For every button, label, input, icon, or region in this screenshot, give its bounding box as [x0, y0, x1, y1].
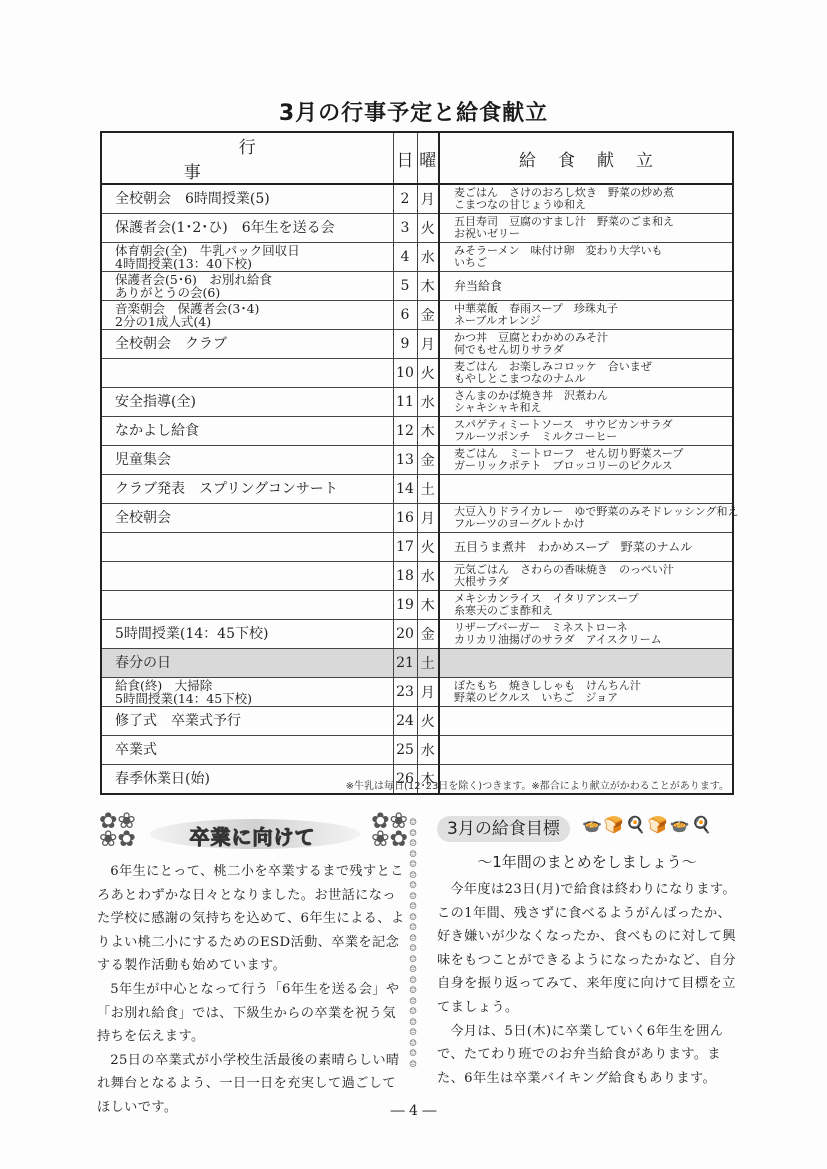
paragraph: 今月は、5日(木)に卒業していく6年生を囲んで、たてわり班でのお弁当給食がありま… [437, 1020, 742, 1091]
menu-cell [439, 649, 733, 678]
table-header-row: 行事 日 曜 給食献立 [101, 132, 733, 184]
menu-cell-line: ガーリックポテト ブロッコリーのピクルス [454, 460, 732, 472]
event-cell-line: 保護者会(1･2･ひ) 6年生を送る会 [115, 222, 393, 235]
table-row: 卒業式25水 [101, 736, 733, 765]
event-cell [101, 562, 393, 591]
event-cell-line: 2分の1成人式(4) [115, 315, 393, 328]
weekday-cell: 土 [417, 475, 439, 504]
day-cell: 25 [393, 736, 417, 765]
menu-cell: 五目寿司 豆腐のすまし汁 野菜のごま和えお祝いゼリー [439, 214, 733, 243]
event-cell-line: 春分の日 [115, 657, 393, 670]
footnote: ※牛乳は毎日(12･23日を除く)つきます。※都合により献立がかわることがありま… [346, 777, 729, 792]
table-row: 全校朝会 クラブ9月かつ丼 豆腐とわかめのみそ汁何でもせん切りサラダ [101, 330, 733, 359]
event-cell [101, 533, 393, 562]
table-row: 保護者会(1･2･ひ) 6年生を送る会3火五目寿司 豆腐のすまし汁 野菜のごま和… [101, 214, 733, 243]
menu-cell [439, 707, 733, 736]
menu-cell-line: みそラーメン 味付け卵 変わり大学いも [454, 245, 732, 257]
menu-cell-line: カリカリ油揚げのサラダ アイスクリーム [454, 634, 732, 646]
weekday-cell: 火 [417, 707, 439, 736]
day-cell: 20 [393, 620, 417, 649]
event-cell: 5時間授業(14：45下校) [101, 620, 393, 649]
menu-cell-line: 五目うま煮丼 わかめスープ 野菜のナムル [454, 541, 732, 553]
graduation-heading: ✿❀❀✿ ✿❀❀✿ 卒業に向けて [95, 811, 410, 859]
day-cell: 3 [393, 214, 417, 243]
event-cell: なかよし給食 [101, 417, 393, 446]
day-cell: 6 [393, 301, 417, 330]
event-cell-line: 児童集会 [115, 454, 393, 467]
table-row: クラブ発表 スプリングコンサート14土 [101, 475, 733, 504]
graduation-heading-label: 卒業に向けて [95, 821, 410, 850]
event-cell-line: 卒業式 [115, 744, 393, 757]
lunch-goal-subheading: ～1年間のまとめをしましょう～ [437, 851, 737, 872]
day-cell: 23 [393, 678, 417, 707]
event-cell-line: なかよし給食 [115, 425, 393, 438]
menu-cell-line: 何でもせん切りサラダ [454, 344, 732, 356]
table-row: 安全指導(全)11水さんまのかば焼き丼 沢煮わんシャキシャキ和え [101, 388, 733, 417]
menu-cell: みそラーメン 味付け卵 変わり大学いもいちご [439, 243, 733, 272]
smiley-face-divider-icon: ☺☺☹☺☺☹☺☺☹☺☺☹☺☺☹☺☺☹☺☺☹☺☺☹ [407, 818, 419, 1088]
event-cell-line: 修了式 卒業式予行 [115, 715, 393, 728]
menu-cell-line: フルーツポンチ ミルクコーヒー [454, 431, 732, 443]
event-cell [101, 359, 393, 388]
menu-cell-line: ネーブルオレンジ [454, 315, 732, 327]
menu-cell-line: もやしとこまつなのナムル [454, 373, 732, 385]
table-row: なかよし給食12木スパゲティミートソース サウビカンサラダフルーツポンチ ミルク… [101, 417, 733, 446]
event-cell: 児童集会 [101, 446, 393, 475]
paragraph: 6年生にとって、桃二小を卒業するまで残すところあとわずかな日々となりました。お世… [97, 860, 409, 978]
menu-cell: ぼたもち 焼きししゃも けんちん汁野菜のピクルス いちご ジョア [439, 678, 733, 707]
event-cell: 卒業式 [101, 736, 393, 765]
event-cell [101, 591, 393, 620]
menu-cell-line: いちご [454, 257, 732, 269]
menu-cell: 弁当給食 [439, 272, 733, 301]
header-day: 日 [393, 132, 417, 184]
event-cell: 給食(終) 大掃除5時間授業(14：45下校) [101, 678, 393, 707]
menu-cell: さんまのかば焼き丼 沢煮わんシャキシャキ和え [439, 388, 733, 417]
weekday-cell: 土 [417, 649, 439, 678]
event-cell-line: 安全指導(全) [115, 396, 393, 409]
food-icons: 🍲🍞🍳🍞🍲🍳 [582, 815, 714, 834]
event-cell: 春分の日 [101, 649, 393, 678]
day-cell: 19 [393, 591, 417, 620]
weekday-cell: 火 [417, 533, 439, 562]
weekday-cell: 木 [417, 591, 439, 620]
page-title: 3月の行事予定と給食献立 [0, 96, 827, 127]
day-cell: 4 [393, 243, 417, 272]
weekday-cell: 月 [417, 184, 439, 214]
menu-cell: 大豆入りドライカレー ゆで野菜のみそドレッシング和えフルーツのヨーグルトかけ [439, 504, 733, 533]
table-row: 17火五目うま煮丼 わかめスープ 野菜のナムル [101, 533, 733, 562]
event-cell: 保護者会(5･6) お別れ給食ありがとうの会(6) [101, 272, 393, 301]
event-cell: 安全指導(全) [101, 388, 393, 417]
event-cell-line: 全校朝会 [115, 512, 393, 525]
event-cell: 全校朝会 クラブ [101, 330, 393, 359]
table-row: 春分の日21土 [101, 649, 733, 678]
table-row: 18水元気ごはん さわらの香味焼き のっぺい汁大根サラダ [101, 562, 733, 591]
page-number: ― 4 ― [0, 1103, 827, 1119]
weekday-cell: 火 [417, 214, 439, 243]
event-cell: 保護者会(1･2･ひ) 6年生を送る会 [101, 214, 393, 243]
menu-cell: 中華菜飯 春雨スープ 珍珠丸子ネーブルオレンジ [439, 301, 733, 330]
table-row: 5時間授業(14：45下校)20金リザーブバーガー ミネストローネカリカリ油揚げ… [101, 620, 733, 649]
menu-cell-line: 糸寒天のごま酢和え [454, 605, 732, 617]
table-row: 児童集会13金麦ごはん ミートローフ せん切り野菜スープガーリックポテト ブロッ… [101, 446, 733, 475]
menu-cell: 元気ごはん さわらの香味焼き のっぺい汁大根サラダ [439, 562, 733, 591]
table-row: 音楽朝会 保護者会(3･4)2分の1成人式(4)6金中華菜飯 春雨スープ 珍珠丸… [101, 301, 733, 330]
weekday-cell: 金 [417, 301, 439, 330]
header-weekday: 曜 [417, 132, 439, 184]
table-row: 保護者会(5･6) お別れ給食ありがとうの会(6)5木弁当給食 [101, 272, 733, 301]
menu-cell: 麦ごはん さけのおろし炊き 野菜の炒め煮こまつなの甘じょうゆ和え [439, 184, 733, 214]
weekday-cell: 月 [417, 330, 439, 359]
menu-cell: かつ丼 豆腐とわかめのみそ汁何でもせん切りサラダ [439, 330, 733, 359]
weekday-cell: 水 [417, 388, 439, 417]
day-cell: 17 [393, 533, 417, 562]
weekday-cell: 水 [417, 562, 439, 591]
event-cell: 修了式 卒業式予行 [101, 707, 393, 736]
weekday-cell: 木 [417, 272, 439, 301]
day-cell: 24 [393, 707, 417, 736]
table-row: 全校朝会16月大豆入りドライカレー ゆで野菜のみそドレッシング和えフルーツのヨー… [101, 504, 733, 533]
event-cell-line: 全校朝会 クラブ [115, 338, 393, 351]
day-cell: 21 [393, 649, 417, 678]
day-cell: 16 [393, 504, 417, 533]
schedule-menu-table: 行事 日 曜 給食献立 全校朝会 6時間授業(5)2月麦ごはん さけのおろし炊き… [100, 131, 734, 795]
weekday-cell: 月 [417, 678, 439, 707]
event-cell: クラブ発表 スプリングコンサート [101, 475, 393, 504]
table-row: 給食(終) 大掃除5時間授業(14：45下校)23月ぼたもち 焼きししゃも けん… [101, 678, 733, 707]
lunch-goal-article: 今年度は23日(月)で給食は終わりになります。この1年間、残さずに食べるようがん… [437, 878, 742, 1090]
event-cell-line: 5時間授業(14：45下校) [115, 628, 393, 641]
event-cell-line: 全校朝会 6時間授業(5) [115, 193, 393, 206]
header-event: 行事 [101, 132, 393, 184]
day-cell: 12 [393, 417, 417, 446]
graduation-article: 6年生にとって、桃二小を卒業するまで残すところあとわずかな日々となりました。お世… [97, 860, 409, 1120]
event-cell: 音楽朝会 保護者会(3･4)2分の1成人式(4) [101, 301, 393, 330]
day-cell: 18 [393, 562, 417, 591]
day-cell: 10 [393, 359, 417, 388]
menu-cell: 麦ごはん ミートローフ せん切り野菜スープガーリックポテト ブロッコリーのピクル… [439, 446, 733, 475]
paragraph: 今年度は23日(月)で給食は終わりになります。この1年間、残さずに食べるようがん… [437, 878, 742, 1020]
day-cell: 11 [393, 388, 417, 417]
menu-cell-line: フルーツのヨーグルトかけ [454, 518, 732, 530]
menu-cell: スパゲティミートソース サウビカンサラダフルーツポンチ ミルクコーヒー [439, 417, 733, 446]
menu-cell: リザーブバーガー ミネストローネカリカリ油揚げのサラダ アイスクリーム [439, 620, 733, 649]
menu-cell: メキシカンライス イタリアンスープ糸寒天のごま酢和え [439, 591, 733, 620]
event-cell: 全校朝会 6時間授業(5) [101, 184, 393, 214]
day-cell: 13 [393, 446, 417, 475]
menu-cell [439, 736, 733, 765]
lunch-goal-heading: 3月の給食目標 [437, 816, 570, 842]
table-row: 全校朝会 6時間授業(5)2月麦ごはん さけのおろし炊き 野菜の炒め煮こまつなの… [101, 184, 733, 214]
event-cell-line: クラブ発表 スプリングコンサート [115, 483, 393, 496]
day-cell: 14 [393, 475, 417, 504]
menu-cell-line: こまつなの甘じょうゆ和え [454, 199, 732, 211]
day-cell: 5 [393, 272, 417, 301]
event-cell-line: ありがとうの会(6) [115, 286, 393, 299]
menu-cell-line: シャキシャキ和え [454, 402, 732, 414]
header-menu: 給食献立 [439, 132, 733, 184]
table-row: 19木メキシカンライス イタリアンスープ糸寒天のごま酢和え [101, 591, 733, 620]
table-row: 体育朝会(全) 牛乳パック回収日4時間授業(13：40下校)4水みそラーメン 味… [101, 243, 733, 272]
weekday-cell: 水 [417, 243, 439, 272]
menu-cell-line: 弁当給食 [454, 280, 732, 292]
weekday-cell: 木 [417, 417, 439, 446]
weekday-cell: 月 [417, 504, 439, 533]
menu-cell [439, 475, 733, 504]
event-cell: 体育朝会(全) 牛乳パック回収日4時間授業(13：40下校) [101, 243, 393, 272]
event-cell: 全校朝会 [101, 504, 393, 533]
menu-cell-line: お祝いゼリー [454, 228, 732, 240]
table-row: 10火麦ごはん お楽しみコロッケ 合いまぜもやしとこまつなのナムル [101, 359, 733, 388]
day-cell: 2 [393, 184, 417, 214]
event-cell-line: 4時間授業(13：40下校) [115, 257, 393, 270]
weekday-cell: 火 [417, 359, 439, 388]
weekday-cell: 水 [417, 736, 439, 765]
paragraph: 5年生が中心となって行う「6年生を送る会」や「お別れ給食」では、下級生からの卒業… [97, 978, 409, 1049]
menu-cell: 五目うま煮丼 わかめスープ 野菜のナムル [439, 533, 733, 562]
day-cell: 9 [393, 330, 417, 359]
event-cell-line: 5時間授業(14：45下校) [115, 692, 393, 705]
table-row: 修了式 卒業式予行24火 [101, 707, 733, 736]
weekday-cell: 金 [417, 446, 439, 475]
weekday-cell: 金 [417, 620, 439, 649]
menu-cell-line: 大根サラダ [454, 576, 732, 588]
menu-cell: 麦ごはん お楽しみコロッケ 合いまぜもやしとこまつなのナムル [439, 359, 733, 388]
menu-cell-line: 野菜のピクルス いちご ジョア [454, 692, 732, 704]
